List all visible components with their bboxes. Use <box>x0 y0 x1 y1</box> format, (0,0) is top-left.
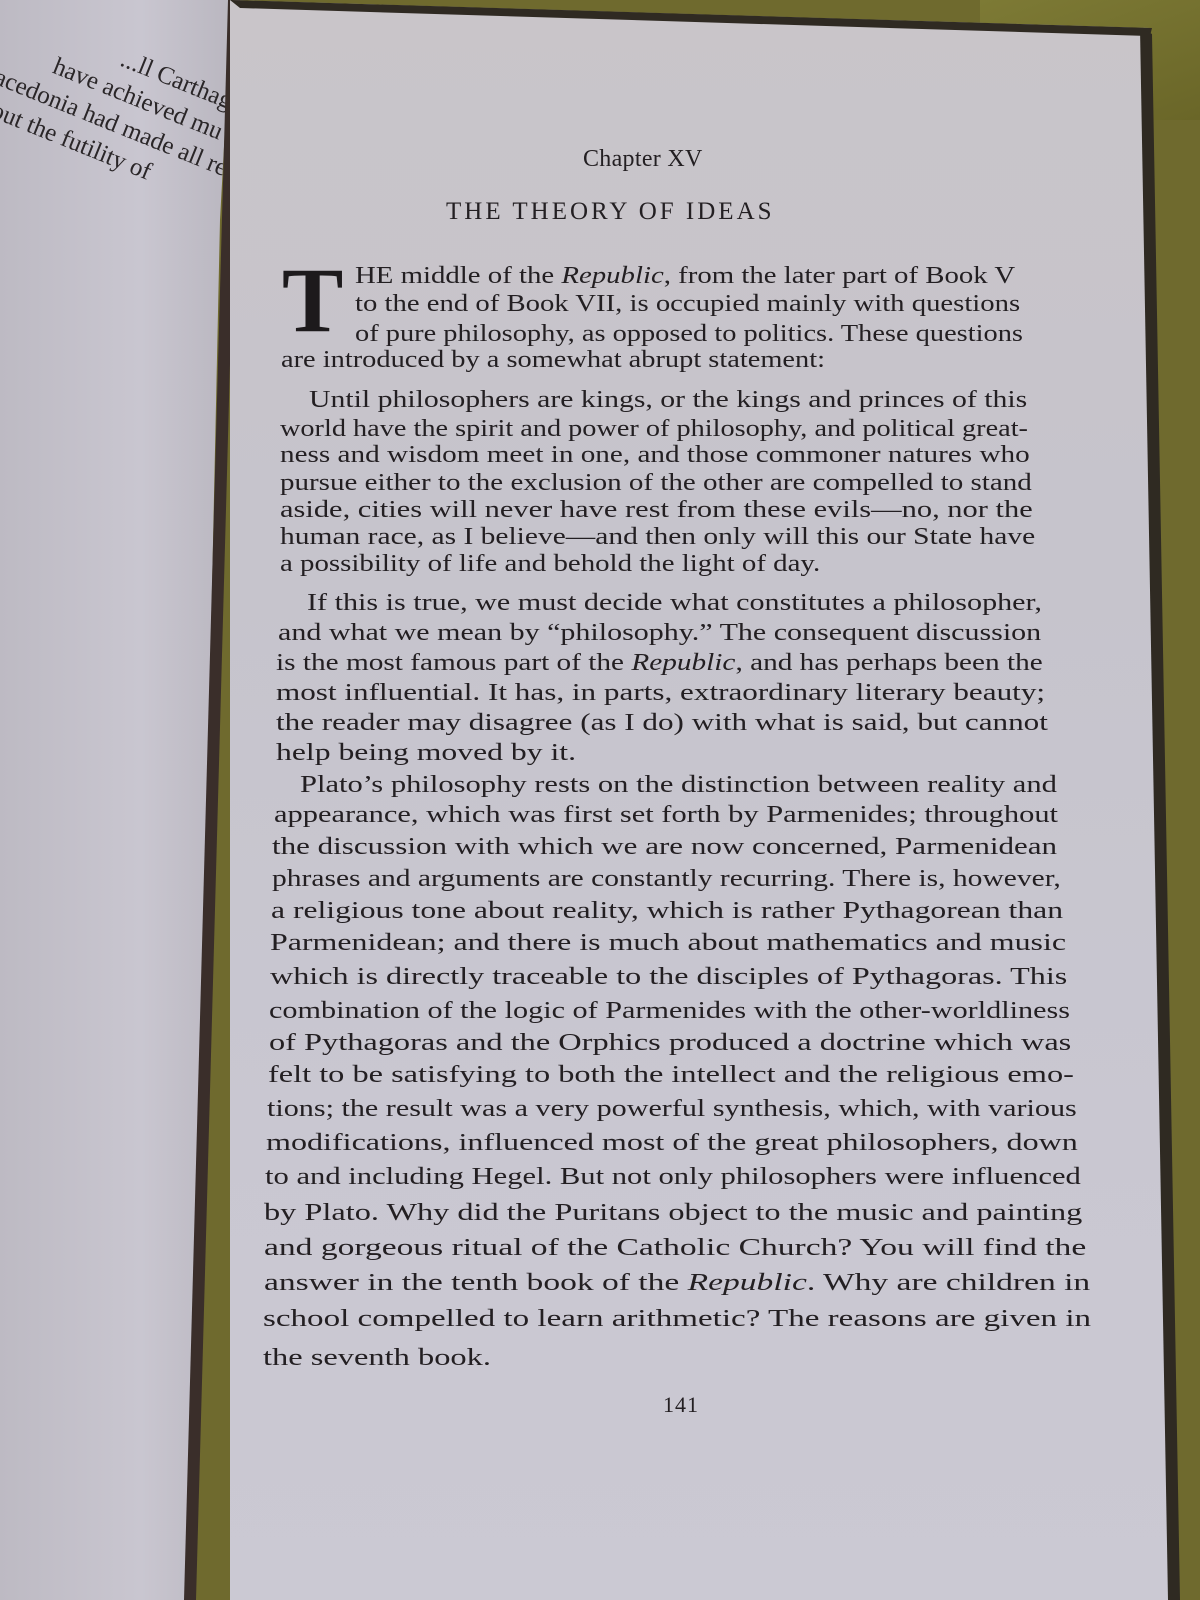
text-run: to and including Hegel. But not only phi… <box>265 1164 1081 1190</box>
text-run: of pure philosophy, as opposed to politi… <box>355 321 1023 347</box>
text-run: human race, as I believe—and then only w… <box>280 524 1035 550</box>
italic-title: Republic <box>561 263 663 289</box>
italic-title: Republic <box>688 1270 807 1296</box>
block-quotation-line: ness and wisdom meet in one, and those c… <box>280 442 1030 469</box>
plato-philosophy-paragraph-line: school compelled to learn arithmetic? Th… <box>263 1306 1091 1333</box>
block-quotation-line: pursue either to the exclusion of the ot… <box>280 470 1032 497</box>
text-run: appearance, which was first set forth by… <box>274 802 1058 828</box>
text-run: pursue either to the exclusion of the ot… <box>280 470 1032 496</box>
text-run: of Pythagoras and the Orphics produced a… <box>269 1030 1071 1056</box>
text-run: to the end of Book VII, is occupied main… <box>355 291 1020 317</box>
text-run: most influential. It has, in parts, extr… <box>276 680 1045 706</box>
block-quotation-line: world have the spirit and power of philo… <box>280 416 1028 443</box>
block-quotation-line: aside, cities will never have rest from … <box>280 497 1033 524</box>
block-quotation-line: Until philosophers are kings, or the kin… <box>309 387 1027 414</box>
philosopher-paragraph-line: the reader may disagree (as I do) with w… <box>276 710 1048 737</box>
text-run: a possibility of life and behold the lig… <box>280 551 820 577</box>
intro-paragraph-line: of pure philosophy, as opposed to politi… <box>355 321 1023 348</box>
plato-philosophy-paragraph-line: of Pythagoras and the Orphics produced a… <box>269 1030 1071 1057</box>
block-quotation-line: a possibility of life and behold the lig… <box>280 551 820 578</box>
plato-philosophy-paragraph-line: the seventh book. <box>263 1345 491 1372</box>
text-run: Until philosophers are kings, or the kin… <box>309 387 1027 413</box>
plato-philosophy-paragraph-line: appearance, which was first set forth by… <box>274 802 1058 829</box>
text-run: help being moved by it. <box>276 740 576 766</box>
plato-philosophy-paragraph-line: by Plato. Why did the Puritans object to… <box>264 1200 1082 1227</box>
philosopher-paragraph-line: help being moved by it. <box>276 740 576 767</box>
text-run: , from the later part of Book V <box>664 263 1015 289</box>
philosopher-paragraph-line: If this is true, we must decide what con… <box>307 590 1042 617</box>
text-run: ness and wisdom meet in one, and those c… <box>280 442 1030 468</box>
text-run: Parmenidean; and there is much about mat… <box>270 930 1066 956</box>
plato-philosophy-paragraph-line: Parmenidean; and there is much about mat… <box>270 930 1066 957</box>
text-run: , and has perhaps been the <box>735 650 1042 676</box>
text-run: is the most famous part of the <box>276 650 631 676</box>
plato-philosophy-paragraph-line: the discussion with which we are now con… <box>272 834 1057 861</box>
text-run: by Plato. Why did the Puritans object to… <box>264 1200 1082 1226</box>
text-run: and what we mean by “philosophy.” The co… <box>278 620 1041 646</box>
intro-paragraph-line: are introduced by a somewhat abrupt stat… <box>281 347 825 374</box>
text-run: a religious tone about reality, which is… <box>271 898 1063 924</box>
text-run: which is directly traceable to the disci… <box>270 964 1067 990</box>
page-text: Chapter XV THE THEORY OF IDEAS T HE midd… <box>0 0 1200 1600</box>
text-run: middle of the <box>393 263 561 289</box>
text-run: felt to be satisfying to both the intell… <box>268 1062 1074 1088</box>
italic-title: Republic <box>631 650 735 676</box>
text-run: modifications, influenced most of the gr… <box>266 1130 1078 1156</box>
text-run: Plato’s philosophy rests on the distinct… <box>300 772 1057 798</box>
plato-philosophy-paragraph-line: to and including Hegel. But not only phi… <box>265 1164 1081 1191</box>
plato-philosophy-paragraph-line: a religious tone about reality, which is… <box>271 898 1063 925</box>
page-number: 141 <box>663 1392 699 1418</box>
plato-philosophy-paragraph-line: phrases and arguments are constantly rec… <box>272 866 1061 893</box>
intro-paragraph-line: to the end of Book VII, is occupied main… <box>355 291 1020 318</box>
plato-philosophy-paragraph-line: and gorgeous ritual of the Catholic Chur… <box>264 1235 1086 1262</box>
text-run: phrases and arguments are constantly rec… <box>272 866 1061 892</box>
text-run: and gorgeous ritual of the Catholic Chur… <box>264 1235 1086 1261</box>
text-run: the reader may disagree (as I do) with w… <box>276 710 1048 736</box>
text-run: If this is true, we must decide what con… <box>307 590 1042 616</box>
text-run: the seventh book. <box>263 1345 491 1371</box>
text-run: school compelled to learn arithmetic? Th… <box>263 1306 1091 1332</box>
plato-philosophy-paragraph-line: tions; the result was a very powerful sy… <box>267 1096 1077 1123</box>
chapter-label: Chapter XV <box>583 146 703 173</box>
text-run: aside, cities will never have rest from … <box>280 497 1033 523</box>
block-quotation-line: human race, as I believe—and then only w… <box>280 524 1035 551</box>
small-caps-lead: HE <box>355 263 393 289</box>
text-run: the discussion with which we are now con… <box>272 834 1057 860</box>
philosopher-paragraph-line: most influential. It has, in parts, extr… <box>276 680 1045 707</box>
plato-philosophy-paragraph-line: combination of the logic of Parmenides w… <box>269 998 1070 1025</box>
text-run: . Why are children in <box>807 1270 1090 1296</box>
text-run: are introduced by a somewhat abrupt stat… <box>281 347 825 373</box>
plato-philosophy-paragraph-line: answer in the tenth book of the Republic… <box>264 1270 1090 1297</box>
text-run: answer in the tenth book of the <box>264 1270 688 1296</box>
philosopher-paragraph-line: and what we mean by “philosophy.” The co… <box>278 620 1041 647</box>
drop-cap: T <box>282 254 343 346</box>
text-run: tions; the result was a very powerful sy… <box>267 1096 1077 1122</box>
plato-philosophy-paragraph-line: Plato’s philosophy rests on the distinct… <box>300 772 1057 799</box>
text-run: combination of the logic of Parmenides w… <box>269 998 1070 1024</box>
chapter-title: THE THEORY OF IDEAS <box>446 198 775 226</box>
philosopher-paragraph-line: is the most famous part of the Republic,… <box>276 650 1043 677</box>
intro-paragraph-line: HE middle of the Republic, from the late… <box>355 263 1015 290</box>
plato-philosophy-paragraph-line: felt to be satisfying to both the intell… <box>268 1062 1074 1089</box>
plato-philosophy-paragraph-line: modifications, influenced most of the gr… <box>266 1130 1078 1157</box>
plato-philosophy-paragraph-line: which is directly traceable to the disci… <box>270 964 1067 991</box>
text-run: world have the spirit and power of philo… <box>280 416 1028 442</box>
